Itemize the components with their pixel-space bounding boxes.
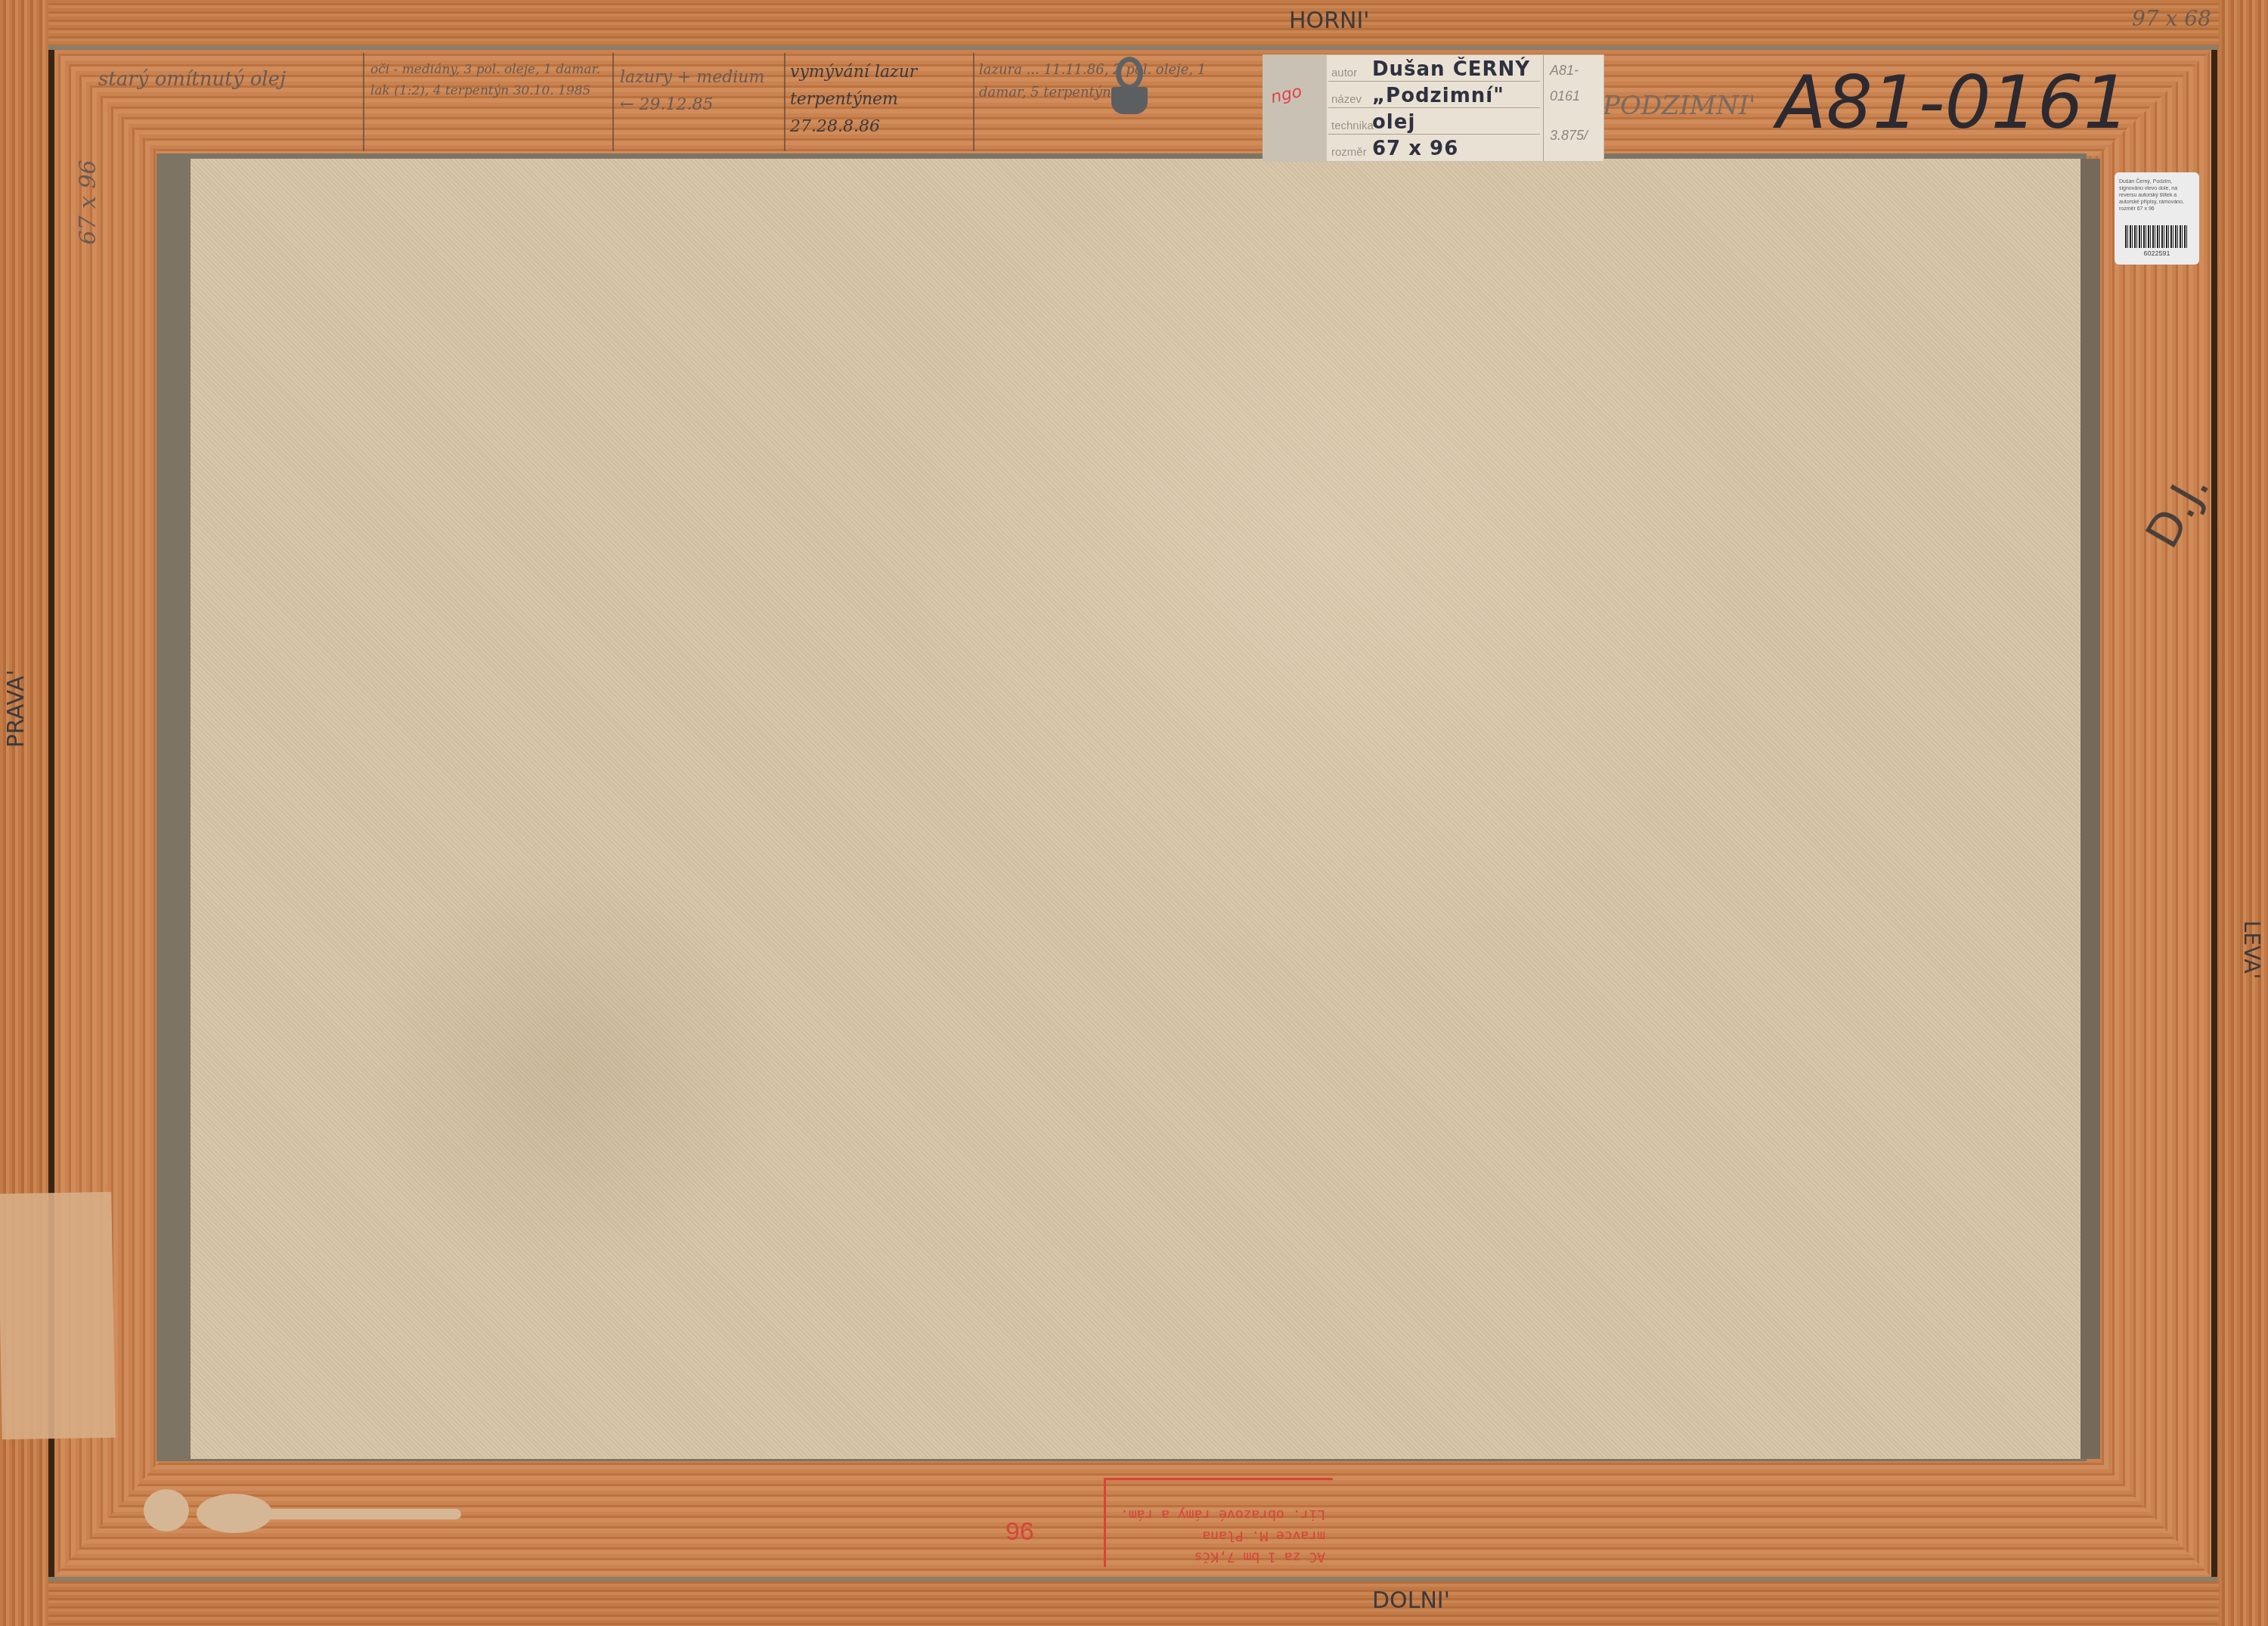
frame-bottom-rail [0, 1578, 2268, 1626]
hanger-ring [1116, 57, 1143, 90]
note-divider [612, 53, 614, 151]
stretcher-note: oči - mediány, 3 pol. oleje, 1 damar. la… [370, 59, 605, 101]
hanging-hook-icon [1111, 57, 1148, 125]
stamp-line: Lir. obrazové rámy a rám. [1106, 1504, 1333, 1525]
stamp-line: AC za 1 bm 7,Kčs [1106, 1546, 1333, 1567]
label-row-technique: technika olej [1328, 108, 1540, 135]
label-rows: autor Dušan ČERNÝ název „Podzimní" techn… [1328, 55, 1540, 161]
label-value: 67 x 96 [1372, 138, 1458, 160]
note-divider [784, 53, 785, 151]
mark-dimension: 97 x 68 [2132, 6, 2211, 31]
pencil-dimension: 67 x 96 [75, 160, 101, 244]
drip-blob [144, 1489, 189, 1532]
frame-gap-right [2211, 45, 2217, 1580]
canvas-right-edge [2081, 159, 2100, 1459]
author-label: ngo autor Dušan ČERNÝ název „Podzimní" t… [1263, 54, 1604, 162]
mark-left: PRAVA' [3, 670, 29, 748]
stamp-line: mravce M. Plana [1106, 1525, 1333, 1546]
label-key: autor [1331, 67, 1357, 79]
frame-right-rail [2219, 0, 2268, 1626]
mark-bottom: DOLNI' [1372, 1587, 1450, 1614]
stretcher-right-bar [2098, 50, 2211, 1577]
label-value: olej [1372, 111, 1415, 134]
barcode-number: 6022591 [2115, 249, 2199, 257]
label-side-text: 3.875/ [1550, 128, 1588, 144]
stretcher-note: starý omítnutý olej [98, 64, 355, 94]
catalog-sticker: Dušan Černý, Podzim, signováno vlevo dol… [2115, 172, 2199, 265]
label-key: rozměr [1331, 146, 1367, 159]
label-key: technika [1331, 119, 1374, 132]
note-divider [363, 53, 364, 151]
label-value: Dušan ČERNÝ [1372, 58, 1530, 81]
gallery-stamp: ngo [1269, 82, 1304, 107]
drip-trail [257, 1509, 461, 1519]
sticker-description: Dušan Černý, Podzim, signováno vlevo dol… [2119, 178, 2195, 212]
label-side-numbers: A81- 0161 3.875/ [1543, 55, 1604, 161]
label-side-text: A81- [1550, 63, 1579, 79]
label-row-size: rozměr 67 x 96 [1328, 135, 1540, 160]
mark-right: LEVA' [2239, 921, 2264, 980]
gallery-logo: ngo [1263, 55, 1327, 161]
stretcher-note: lazury + medium ← 29.12.85 [620, 64, 779, 119]
canvas-back [191, 159, 2081, 1459]
hanger-plate [1111, 87, 1148, 114]
note-divider [973, 53, 974, 151]
frame-top-rail [0, 0, 2268, 47]
framer-stamp: AC za 1 bm 7,Kčs mravce M. Plana Lir. ob… [1104, 1478, 1333, 1567]
barcode-icon [2125, 225, 2189, 248]
stamp-number: 96 [1005, 1516, 1034, 1545]
label-row-author: autor Dušan ČERNÝ [1328, 55, 1540, 82]
string-bottom [48, 1577, 2218, 1581]
inventory-number: A81-0161 [1777, 60, 2130, 145]
mark-top: HORNI' [1289, 8, 1370, 34]
label-row-title: název „Podzimní" [1328, 82, 1540, 108]
stretcher-note: vymývání lazur terpentýnem 27.28.8.86 [790, 59, 968, 141]
label-value: „Podzimní" [1372, 85, 1504, 107]
label-side-text: 0161 [1550, 88, 1580, 104]
label-key: název [1331, 93, 1362, 106]
glue-drip [144, 1489, 469, 1527]
paper-tape [0, 1192, 116, 1440]
pencil-title: PODZIMNI' [1603, 91, 1755, 121]
